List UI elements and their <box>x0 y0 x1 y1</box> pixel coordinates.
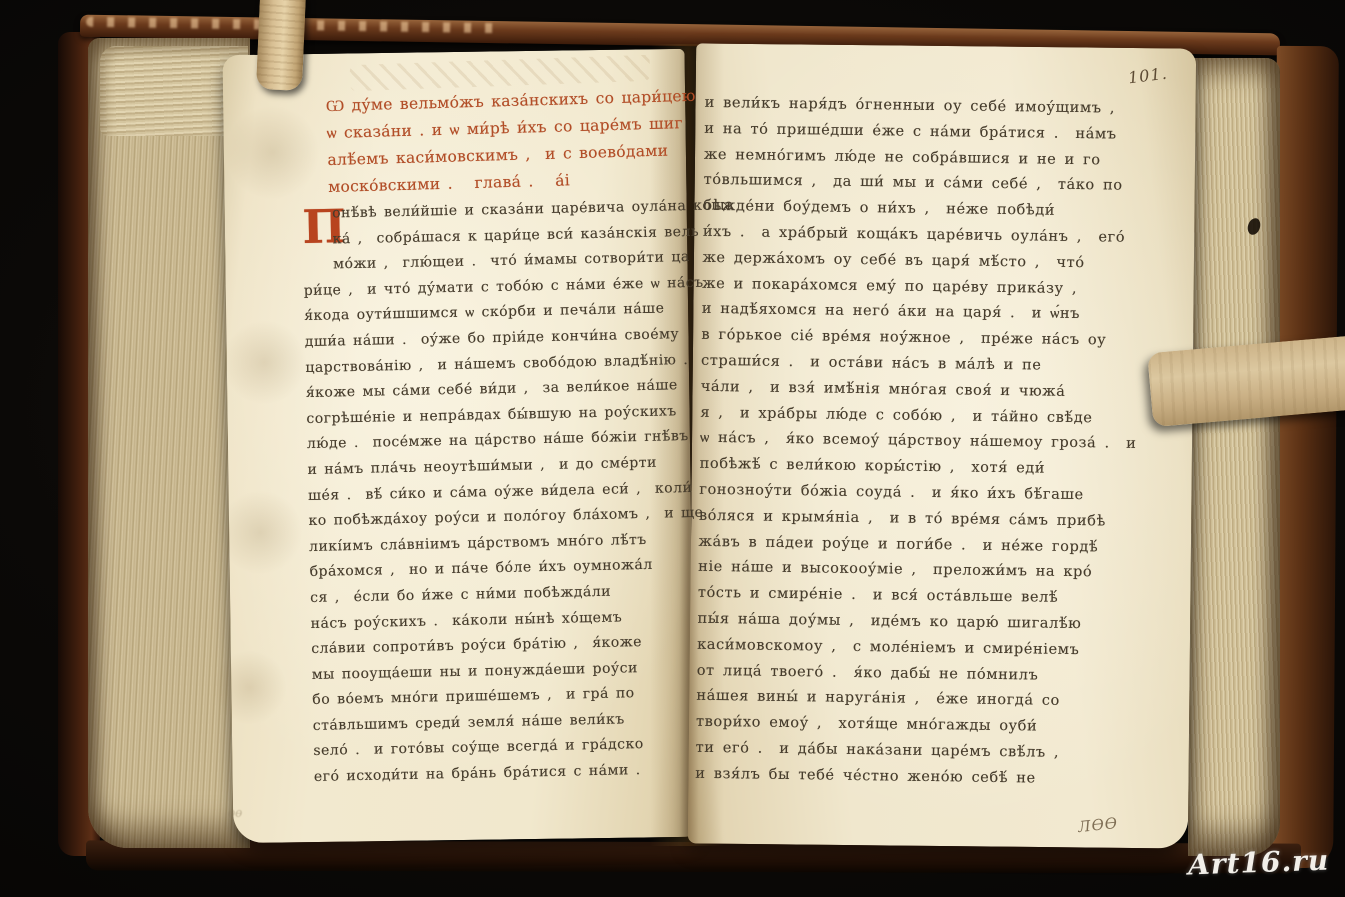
show-through-mark <box>222 320 307 405</box>
left-corner-mark: ѳѳ <box>228 806 242 821</box>
show-through-mark <box>218 490 303 575</box>
drop-cap-initial: П <box>302 202 329 255</box>
show-through-mark <box>212 650 287 725</box>
site-watermark: Art16.ru <box>1187 844 1329 882</box>
chapter-heading: Ѡ ду́ме вельмо́жъ каза́нскихъ со цари́це… <box>326 83 691 201</box>
left-page-text: П онѣ́вѣ вели́йшіе и сказа́ни царе́вича … <box>302 194 696 791</box>
show-through-mark <box>225 105 320 200</box>
page-stack-right <box>1188 58 1280 856</box>
manuscript-photo: Ѡ ду́ме вельмо́жъ каза́нскихъ со цари́це… <box>0 0 1345 897</box>
bookmark-stick-top <box>256 0 306 91</box>
book-cover-right <box>1271 46 1339 868</box>
right-page-text: и вели́къ наря́дъ о́гненныи оу себе́ имо… <box>695 91 1167 794</box>
